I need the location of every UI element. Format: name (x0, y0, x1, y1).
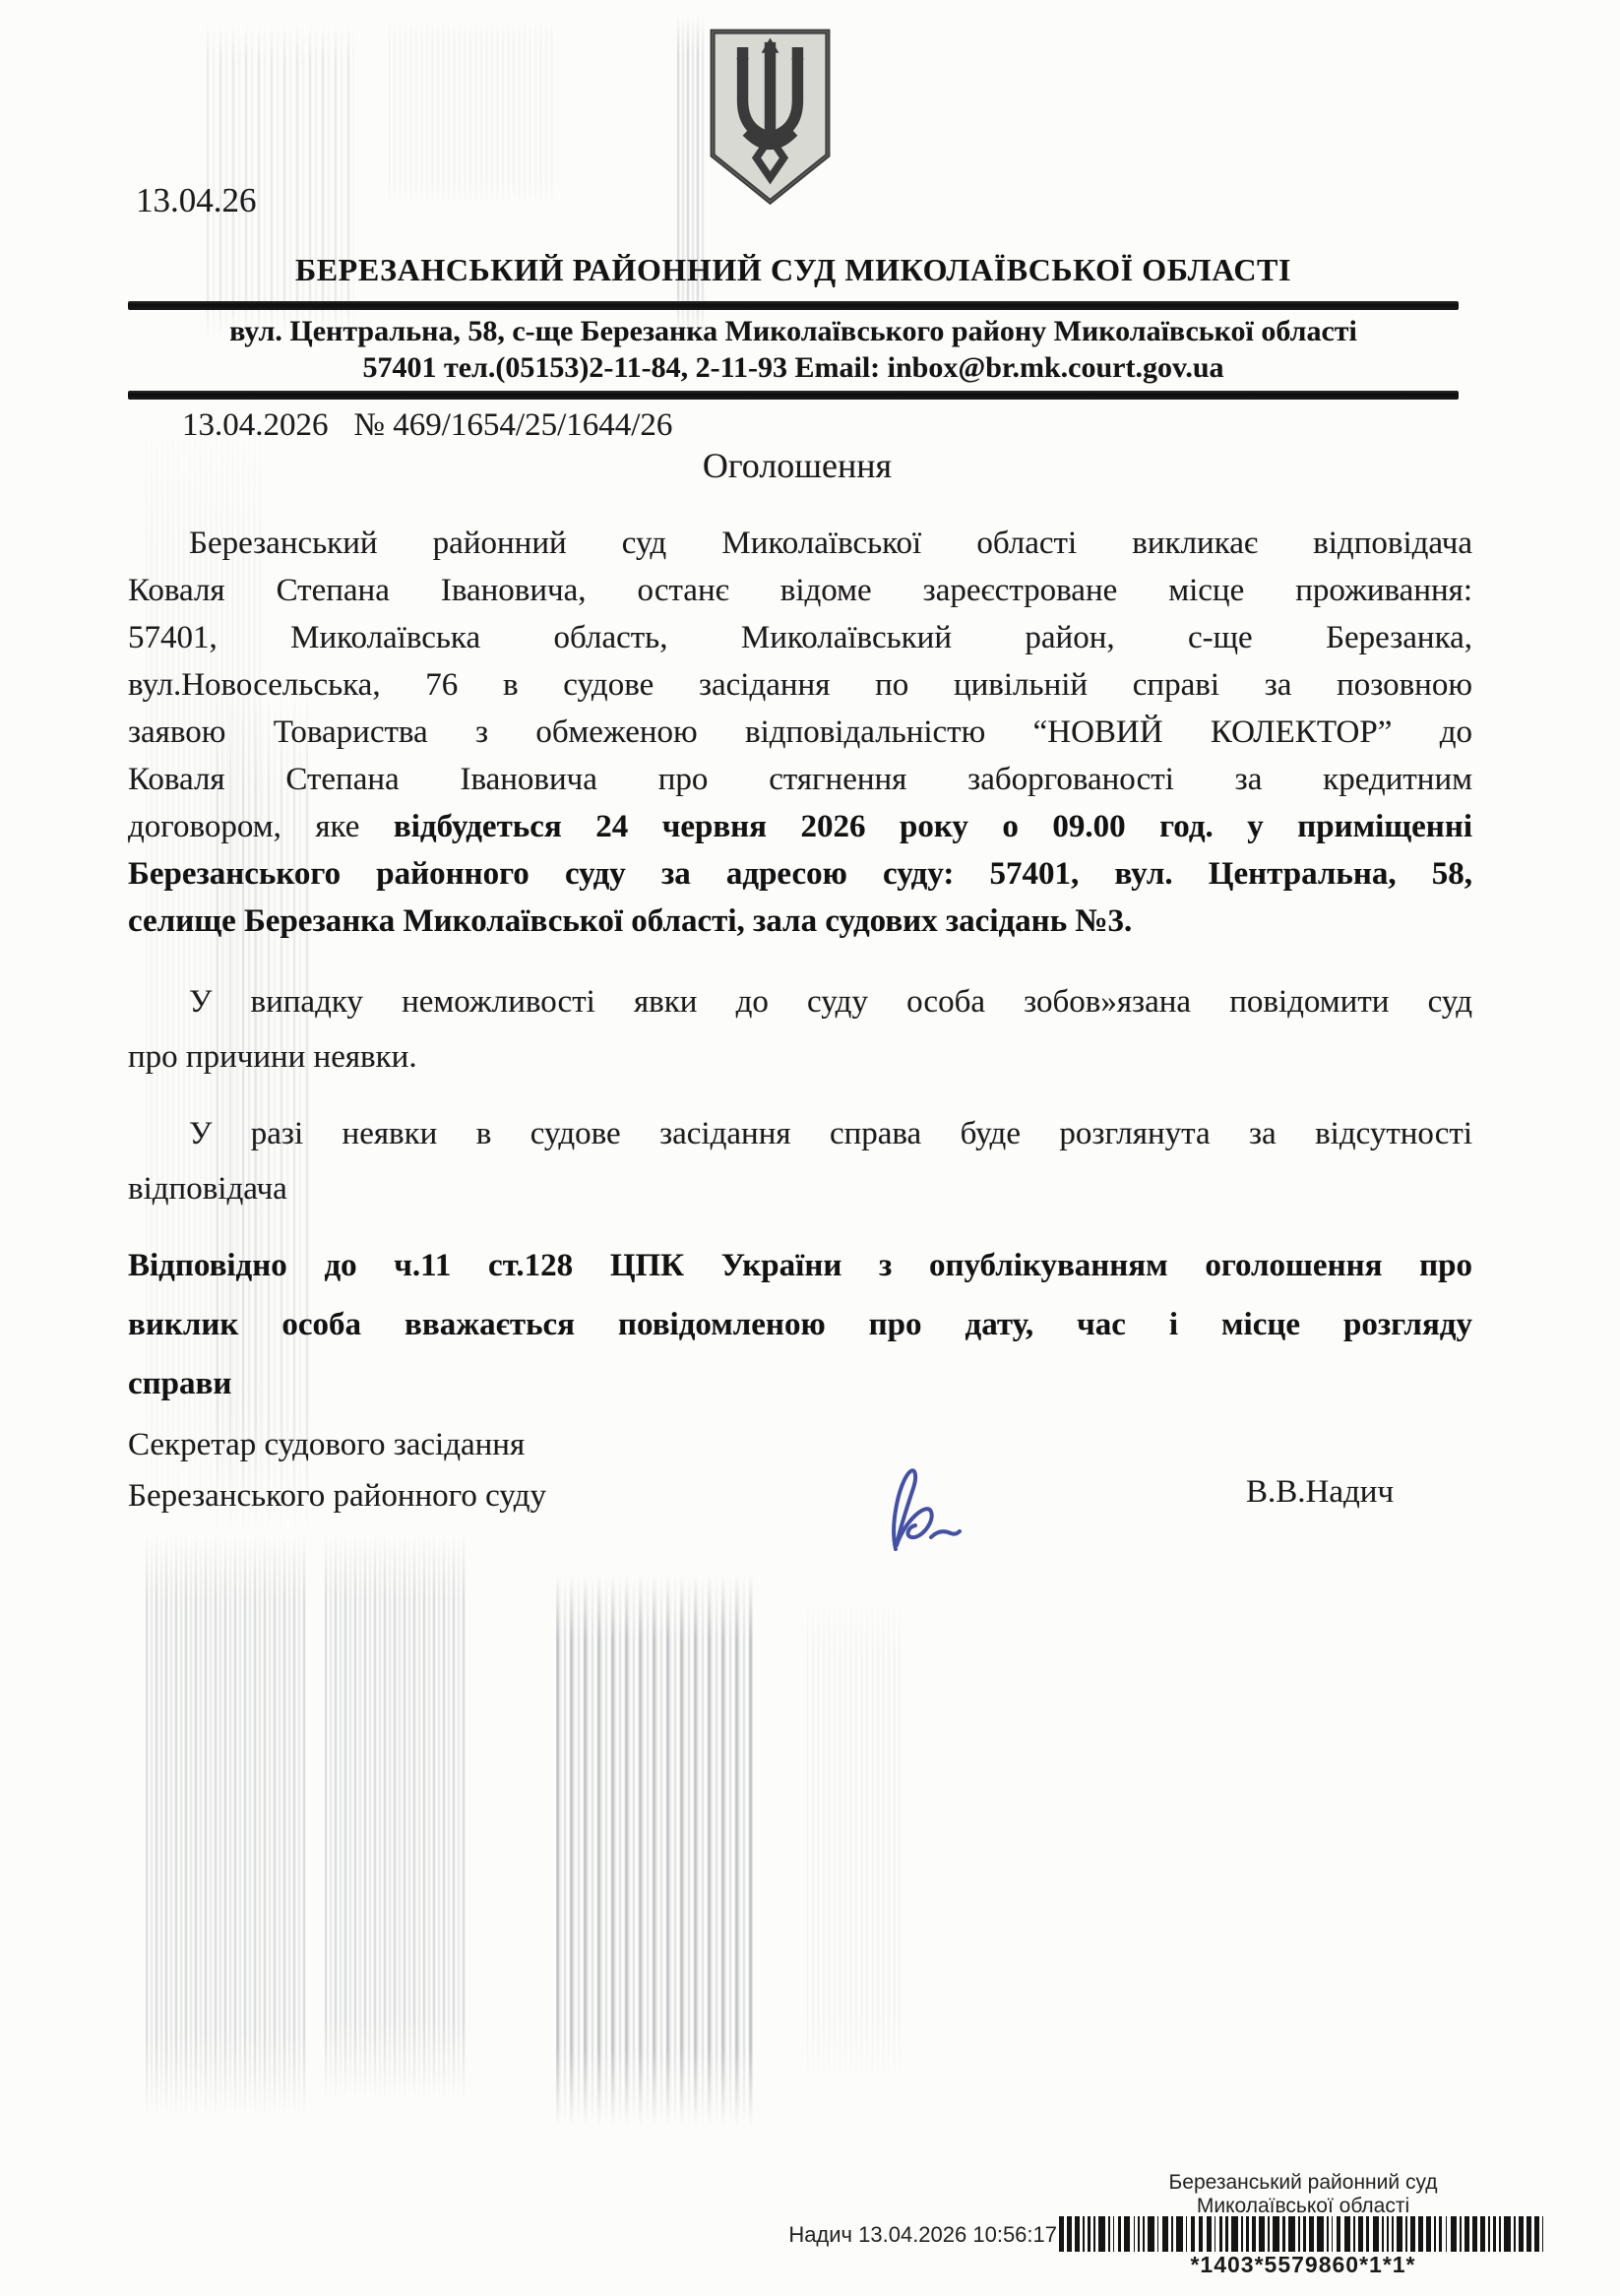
text-segment: 57401, Миколаївська область, Миколаївськ… (128, 620, 1472, 655)
scan-streak (556, 1575, 753, 2126)
body-line: про причини неявки. (128, 1029, 1472, 1085)
barcode-bar (1451, 2216, 1457, 2252)
barcode-bar (1426, 2216, 1431, 2252)
barcode-bar (1075, 2216, 1080, 2252)
footer-court-name: Березанський районний суд Миколаївської … (1059, 2171, 1547, 2218)
barcode-bar (1093, 2216, 1095, 2252)
scanned-court-document: { "scan": { "handwritten_date": "13.04.2… (0, 0, 1620, 2296)
text-segment: вул.Новосельська, 76 в судове засідання … (128, 667, 1472, 703)
barcode-bar (1460, 2216, 1462, 2252)
barcode-bar (1387, 2216, 1389, 2252)
barcode-bar (1464, 2216, 1469, 2252)
scan-streak (325, 1533, 467, 2099)
barcode-bar (1534, 2216, 1539, 2252)
scan-streak (677, 15, 705, 340)
text-segment: договором, яке (128, 809, 394, 844)
document-date: 13.04.2026 (182, 407, 329, 443)
barcode-bar (1392, 2216, 1394, 2252)
handwritten-signature (866, 1455, 994, 1582)
barcode-bar (1191, 2216, 1196, 2252)
barcode-bar (1446, 2216, 1448, 2252)
barcode-bar (1059, 2216, 1064, 2252)
barcode-bar (1358, 2216, 1363, 2252)
barcode-bar (1317, 2216, 1323, 2252)
body-line: У випадку неможливості явки до суду особ… (128, 974, 1472, 1029)
bold-text-segment: справи (128, 1366, 231, 1401)
court-address-line: вул. Центральна, 58, с-ще Березанка Мико… (128, 315, 1459, 348)
court-contact-line: 57401 тел.(05153)2-11-84, 2-11-93 Email:… (128, 351, 1459, 385)
barcode-bar (1225, 2216, 1228, 2252)
barcode-bar (1134, 2216, 1136, 2252)
barcode-bar (1493, 2216, 1496, 2252)
body-line: Коваля Степана Івановича про стягнення з… (128, 756, 1472, 803)
body-line: У разі неявки в судове засідання справа … (128, 1106, 1472, 1161)
text-segment: відповідача (128, 1171, 287, 1207)
barcode-bar (1488, 2216, 1490, 2252)
barcode-bar (1268, 2216, 1270, 2252)
barcode-bar (1366, 2216, 1369, 2252)
scan-date: 13.04.26 (136, 181, 257, 220)
case-number: № 469/1654/25/1644/26 (354, 407, 673, 443)
bold-text-segment: селище Березанка Миколаївської області, … (128, 903, 1132, 939)
barcode-bar (1088, 2216, 1090, 2252)
barcode-bar (1186, 2216, 1188, 2252)
barcode-bar (1542, 2216, 1544, 2252)
signer-role-line2: Березанського районного суду (128, 1470, 546, 1521)
horizontal-rule (128, 391, 1459, 400)
barcode-bar (1231, 2216, 1237, 2252)
barcode-bar (1353, 2216, 1355, 2252)
body-line: 57401, Миколаївська область, Миколаївськ… (128, 614, 1472, 661)
body-line: відповідача (128, 1161, 1472, 1216)
barcode-bar (1138, 2216, 1140, 2252)
barcode-bar (1434, 2216, 1436, 2252)
scan-streak (389, 20, 556, 207)
barcode-bar (1171, 2216, 1173, 2252)
body-line: Березанського районного суду за адресою … (128, 850, 1472, 898)
barcode-bar (1514, 2216, 1516, 2252)
body-line: заявою Товариства з обмеженою відповідал… (128, 709, 1472, 756)
body-line: Відповідно до ч.11 ст.128 ЦПК України з … (128, 1236, 1472, 1295)
barcode-bar (1252, 2216, 1255, 2252)
text-segment: У випадку неможливості явки до суду особ… (189, 984, 1472, 1020)
paragraph-summons: Березанський районний суд Миколаївської … (128, 520, 1472, 945)
text-segment: Коваля Степана Івановича про стягнення з… (128, 762, 1472, 797)
barcode-bar (1259, 2216, 1265, 2252)
barcode-bar (1504, 2216, 1510, 2252)
barcode-bar (1303, 2216, 1306, 2252)
signer-role-line1: Секретар судового засідання (128, 1419, 546, 1470)
barcode-bar (1148, 2216, 1153, 2252)
bold-text-segment: виклик особа вважається повідомленою про… (128, 1307, 1472, 1342)
barcode-bar (1397, 2216, 1402, 2252)
barcode-bar (1067, 2216, 1072, 2252)
scan-streak (807, 1594, 901, 2086)
barcode-caption: *1403*5579860*1*1* (1059, 2252, 1547, 2278)
barcode-bar (1246, 2216, 1249, 2252)
bold-text-segment: Березанського районного суду за адресою … (128, 856, 1472, 892)
barcode-bar (1143, 2216, 1145, 2252)
paragraph-absence-notice: У разі неявки в судове засідання справа … (128, 1106, 1472, 1216)
barcode-bar (1519, 2216, 1524, 2252)
text-segment: У разі неявки в судове засідання справа … (189, 1116, 1472, 1151)
text-segment: про причини неявки. (128, 1039, 417, 1075)
barcode-bar (1162, 2216, 1168, 2252)
barcode-bar (1113, 2216, 1115, 2252)
body-line: селище Березанка Миколаївської області, … (128, 898, 1472, 945)
body-line: договором, яке відбудеться 24 червня 202… (128, 803, 1472, 850)
date-number-line: 13.04.2026№ 469/1654/25/1644/26 (182, 407, 672, 444)
barcode-bar (1282, 2216, 1285, 2252)
barcode-bar (1124, 2216, 1130, 2252)
registration-stamp-text: Надич 13.04.2026 10:56:17 (494, 2222, 1057, 2248)
barcode-bar (1108, 2216, 1110, 2252)
scan-streak (146, 1533, 308, 2116)
barcode-bar (1382, 2216, 1384, 2252)
barcode-bar (1499, 2216, 1501, 2252)
body-paragraphs: Березанський районний суд Миколаївської … (128, 520, 1472, 1413)
barcode-bar (1083, 2216, 1085, 2252)
bold-text-segment: відбудеться 24 червня 2026 року о 09.00 … (394, 809, 1472, 844)
barcode-bar (1439, 2216, 1442, 2252)
footer-court-line2: Миколаївської області (1059, 2195, 1547, 2218)
document-title: Оголошення (128, 445, 1466, 486)
court-name-heading: БЕРЕЗАНСЬКИЙ РАЙОННИЙ СУД МИКОЛАЇВСЬКОЇ … (128, 252, 1459, 288)
signer-name: В.В.Надич (1246, 1474, 1394, 1511)
horizontal-rule (128, 301, 1459, 310)
body-line: виклик особа вважається повідомленою про… (128, 1295, 1472, 1354)
body-line: справи (128, 1354, 1472, 1413)
text-segment: Березанський районний суд Миколаївської … (189, 526, 1472, 561)
barcode-bar (1418, 2216, 1423, 2252)
barcode-bar (1215, 2216, 1216, 2252)
barcode-bar (1327, 2216, 1329, 2252)
barcode-bar (1344, 2216, 1350, 2252)
signer-role: Секретар судового засідання Березанськог… (128, 1419, 546, 1521)
ukraine-trident-emblem (708, 28, 833, 206)
barcode-bar (1176, 2216, 1182, 2252)
barcode-bar (1410, 2216, 1415, 2252)
barcode-bar (1207, 2216, 1212, 2252)
barcode-bar (1241, 2216, 1243, 2252)
footer-court-line1: Березанський районний суд (1059, 2171, 1547, 2195)
barcode-bar (1273, 2216, 1278, 2252)
body-line: Березанський районний суд Миколаївської … (128, 520, 1472, 567)
body-line: Коваля Степана Івановича, останє відоме … (128, 567, 1472, 614)
bold-text-segment: Відповідно до ч.11 ст.128 ЦПК України з … (128, 1248, 1472, 1283)
barcode-bar (1373, 2216, 1379, 2252)
barcode-bar (1157, 2216, 1159, 2252)
text-segment: Коваля Степана Івановича, останє відоме … (128, 573, 1472, 608)
barcode-bar (1309, 2216, 1314, 2252)
barcode-bar (1219, 2216, 1222, 2252)
barcode-bar (1405, 2216, 1407, 2252)
barcode-bar (1199, 2216, 1204, 2252)
barcode-bar (1337, 2216, 1341, 2252)
barcode-bar (1527, 2216, 1531, 2252)
text-segment: заявою Товариства з обмеженою відповідал… (128, 714, 1472, 750)
barcode-bar (1118, 2216, 1121, 2252)
barcode-bar (1332, 2216, 1334, 2252)
paragraph-appearance-failure: У випадку неможливості явки до суду особ… (128, 974, 1472, 1085)
barcode-bar (1472, 2216, 1477, 2252)
barcode-bar (1298, 2216, 1300, 2252)
body-line: вул.Новосельська, 76 в судове засідання … (128, 661, 1472, 709)
paragraph-publication-rule: Відповідно до ч.11 ст.128 ЦПК України з … (128, 1236, 1472, 1413)
barcode-bar (1098, 2216, 1104, 2252)
barcode-bar (1480, 2216, 1485, 2252)
barcode (1059, 2216, 1547, 2252)
barcode-bar (1288, 2216, 1294, 2252)
